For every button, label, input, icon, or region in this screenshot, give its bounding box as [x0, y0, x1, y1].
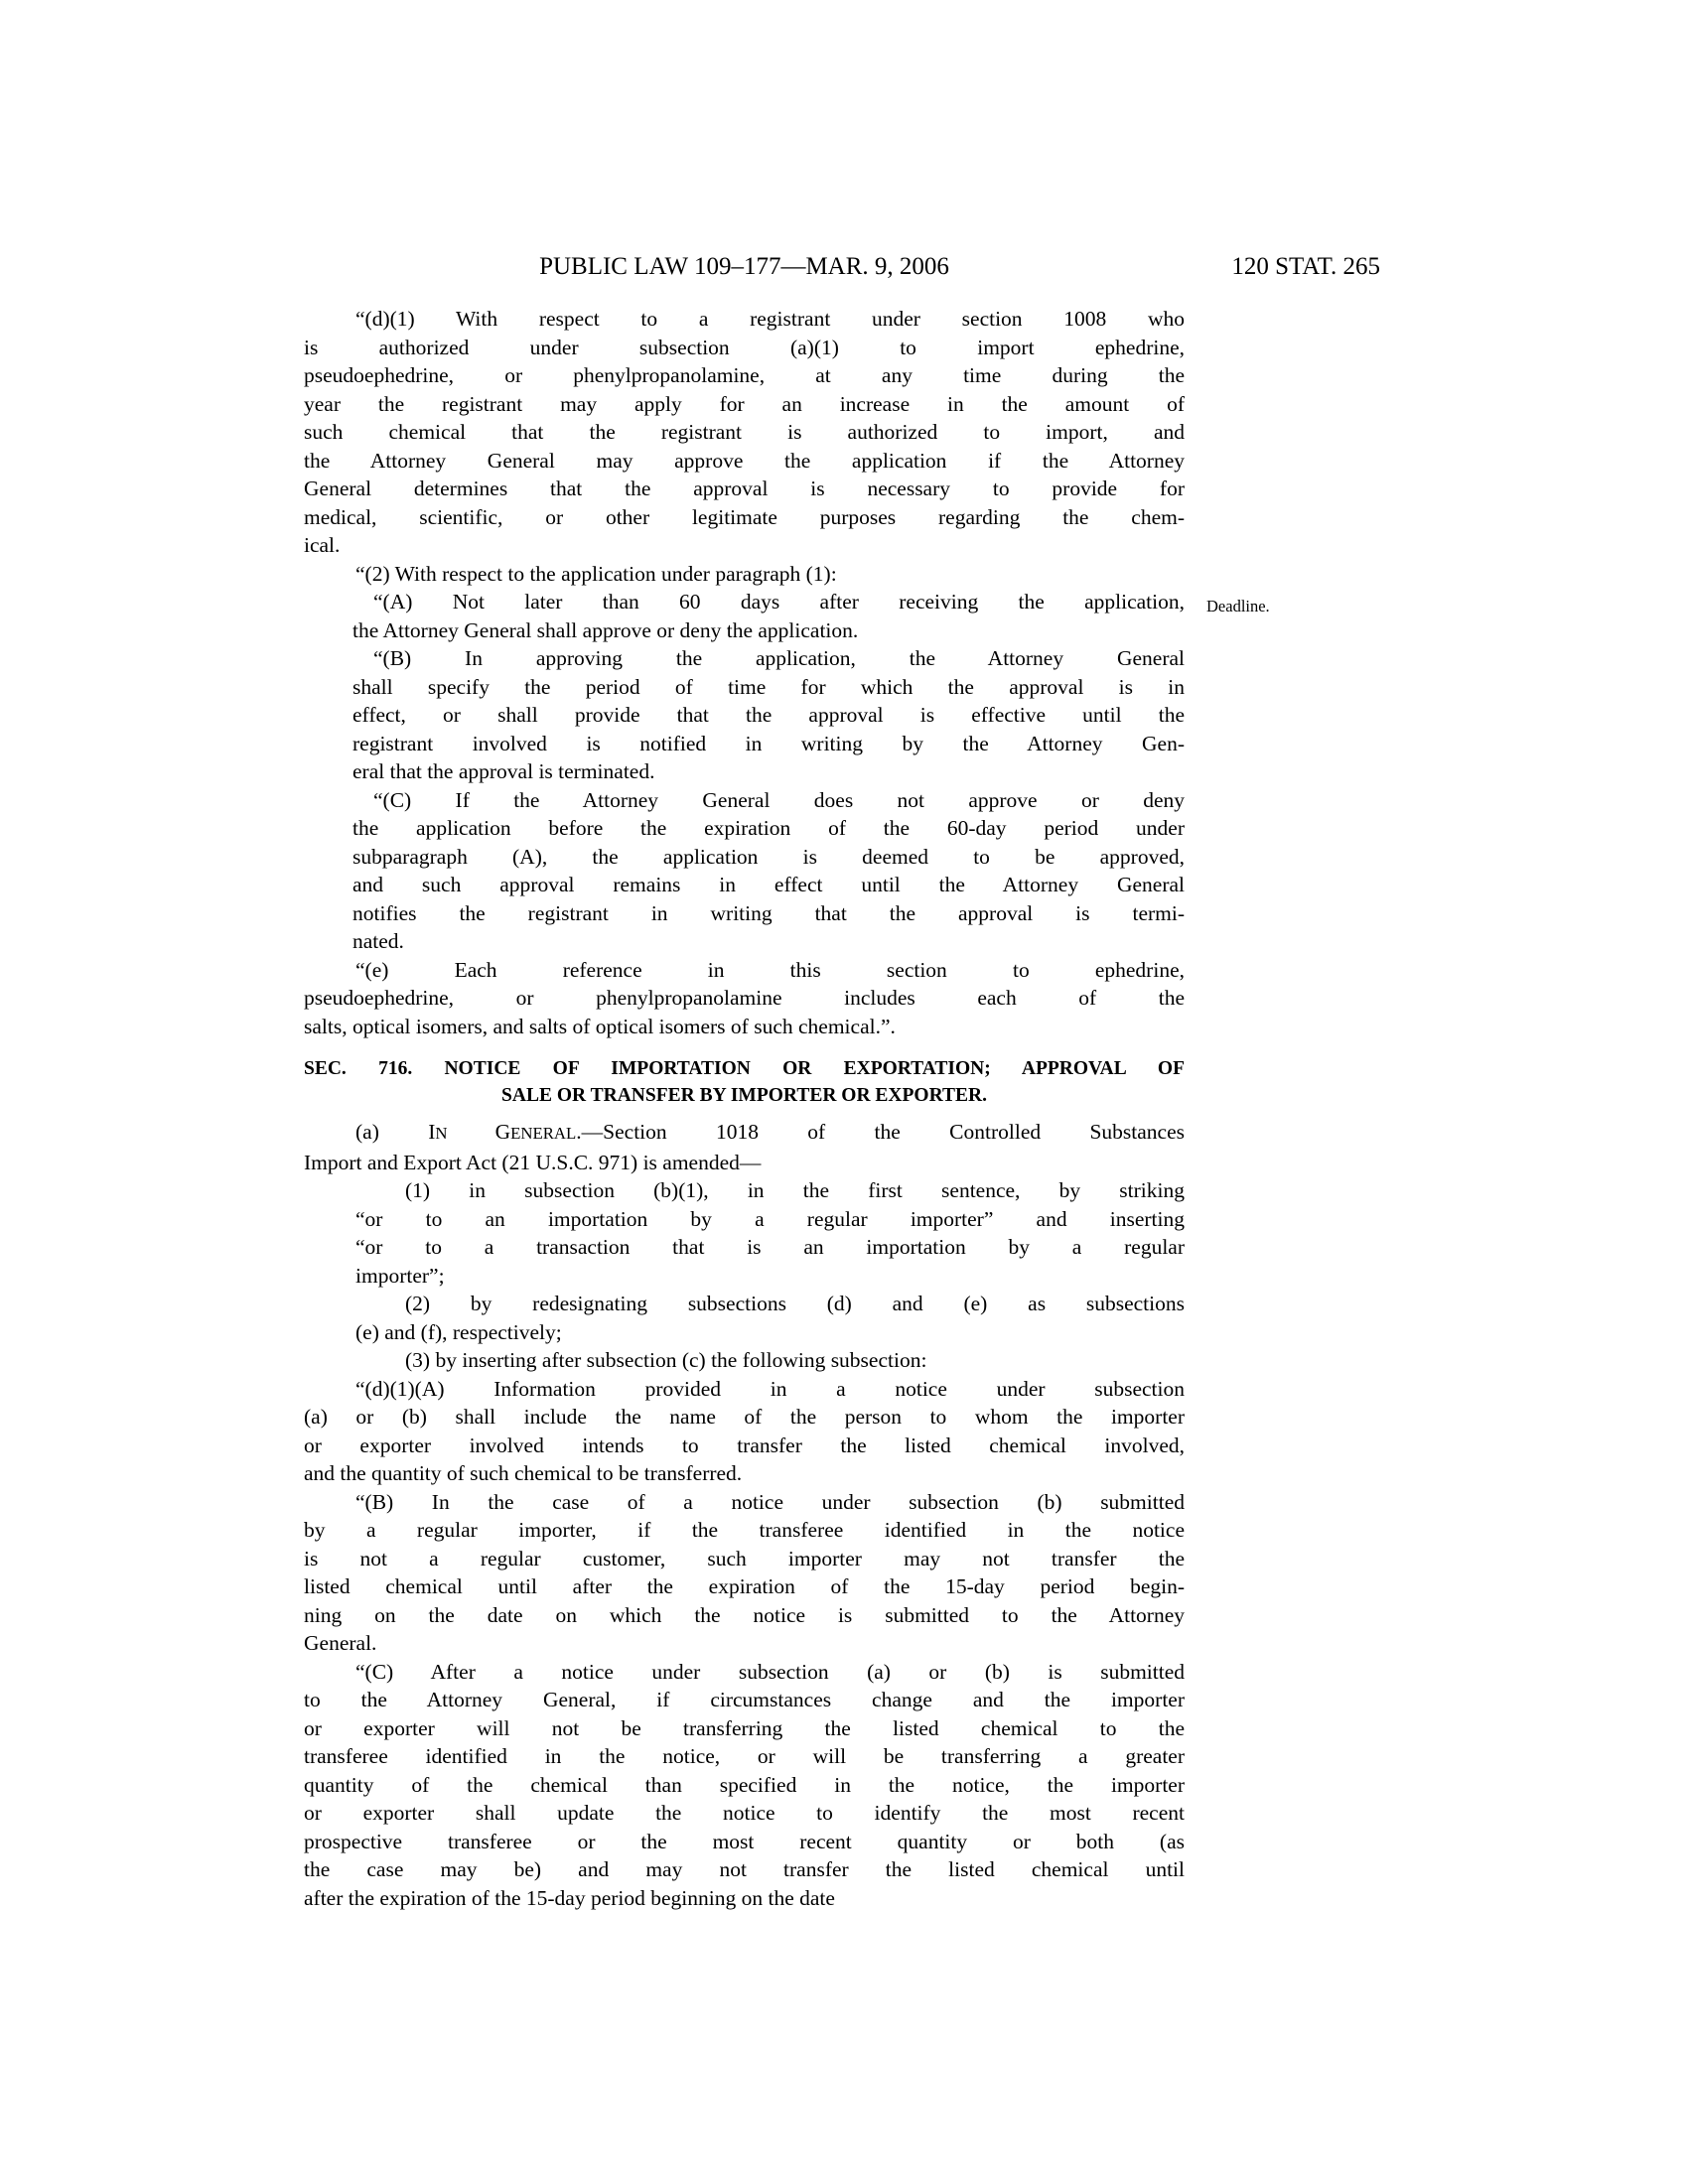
text-line: (a) IN GENERAL.—Section 1018 of the Cont…	[304, 1118, 1185, 1149]
text-line: or exporter will not be transferring the…	[304, 1714, 1185, 1743]
text-line: is authorized under subsection (a)(1) to…	[304, 334, 1185, 362]
text-line: (a) or (b) shall include the name of the…	[304, 1403, 1185, 1432]
text-line: nated.	[304, 927, 1185, 956]
text-segment: (a) I	[355, 1120, 435, 1144]
text-line: by a regular importer, if the transferee…	[304, 1516, 1185, 1545]
text-line: “(A) Not later than 60 days after receiv…	[304, 588, 1185, 616]
text-segment: .—Section 1018 of the Controlled Substan…	[576, 1120, 1185, 1144]
paragraph: (1) in subsection (b)(1), in the first s…	[304, 1176, 1185, 1290]
paragraph: (a) IN GENERAL.—Section 1018 of the Cont…	[304, 1118, 1185, 1176]
small-caps-text: N	[435, 1124, 494, 1143]
text-line: “(C) After a notice under subsection (a)…	[304, 1658, 1185, 1687]
paragraph: “(d)(1) With respect to a registrant und…	[304, 305, 1185, 560]
text-line: “(B) In approving the application, the A…	[304, 644, 1185, 673]
text-line: (2) by redesignating subsections (d) and…	[304, 1290, 1185, 1318]
text-line: (1) in subsection (b)(1), in the first s…	[304, 1176, 1185, 1205]
text-line: registrant involved is notified in writi…	[304, 730, 1185, 758]
paragraph: (3) by inserting after subsection (c) th…	[304, 1346, 1185, 1375]
text-line: such chemical that the registrant is aut…	[304, 418, 1185, 447]
text-line: medical, scientific, or other legitimate…	[304, 503, 1185, 532]
section-heading: SEC. 716. NOTICE OF IMPORTATION OR EXPOR…	[304, 1055, 1185, 1109]
document-body: “(d)(1) With respect to a registrant und…	[304, 305, 1185, 1912]
text-line: “(d)(1) With respect to a registrant und…	[304, 305, 1185, 334]
text-line: “(d)(1)(A) Information provided in a not…	[304, 1375, 1185, 1404]
law-title: PUBLIC LAW 109–177—MAR. 9, 2006	[304, 250, 1185, 284]
text-line: pseudoephedrine, or phenylpropanolamine,…	[304, 361, 1185, 390]
text-line: ical.	[304, 531, 1185, 560]
paragraph: “(d)(1)(A) Information provided in a not…	[304, 1375, 1185, 1488]
text-line: “(C) If the Attorney General does not ap…	[304, 786, 1185, 815]
text-line: (e) and (f), respectively;	[304, 1318, 1185, 1347]
text-line: General determines that the approval is …	[304, 475, 1185, 503]
paragraph: “(e) Each reference in this section to e…	[304, 956, 1185, 1041]
text-line: “or to a transaction that is an importat…	[304, 1233, 1185, 1262]
text-line: transferee identified in the notice, or …	[304, 1742, 1185, 1771]
text-line: General.	[304, 1629, 1185, 1658]
text-line: (3) by inserting after subsection (c) th…	[304, 1346, 1185, 1375]
text-line: or exporter involved intends to transfer…	[304, 1432, 1185, 1460]
paragraph: “(A) Not later than 60 days after receiv…	[304, 588, 1185, 644]
margin-note-deadline: Deadline.	[1206, 597, 1270, 616]
text-line: “(B) In the case of a notice under subse…	[304, 1488, 1185, 1517]
text-line: eral that the approval is terminated.	[304, 757, 1185, 786]
running-head: PUBLIC LAW 109–177—MAR. 9, 2006 120 STAT…	[0, 250, 1688, 284]
text-line: the Attorney General shall approve or de…	[304, 616, 1185, 645]
text-line: effect, or shall provide that the approv…	[304, 701, 1185, 730]
paragraph: “(2) With respect to the application und…	[304, 560, 1185, 589]
paragraph: “(B) In approving the application, the A…	[304, 644, 1185, 786]
text-segment: G	[495, 1120, 511, 1144]
text-line: is not a regular customer, such importer…	[304, 1545, 1185, 1573]
stat-page-number: 120 STAT. 265	[1231, 250, 1380, 284]
page: { "page": { "header": { "law_title": "PU…	[0, 0, 1688, 2184]
text-line: and the quantity of such chemical to be …	[304, 1459, 1185, 1488]
paragraph: “(C) After a notice under subsection (a)…	[304, 1658, 1185, 1913]
text-line: the application before the expiration of…	[304, 814, 1185, 843]
paragraph: “(B) In the case of a notice under subse…	[304, 1488, 1185, 1658]
text-line: to the Attorney General, if circumstance…	[304, 1686, 1185, 1714]
text-line: the Attorney General may approve the app…	[304, 447, 1185, 476]
text-line: or exporter shall update the notice to i…	[304, 1799, 1185, 1828]
text-line: quantity of the chemical than specified …	[304, 1771, 1185, 1800]
text-line: SEC. 716. NOTICE OF IMPORTATION OR EXPOR…	[304, 1055, 1185, 1082]
text-line: “or to an importation by a regular impor…	[304, 1205, 1185, 1234]
text-line: “(e) Each reference in this section to e…	[304, 956, 1185, 985]
text-line: ning on the date on which the notice is …	[304, 1601, 1185, 1630]
text-line: year the registrant may apply for an inc…	[304, 390, 1185, 419]
text-line: SALE OR TRANSFER BY IMPORTER OR EXPORTER…	[304, 1082, 1185, 1109]
text-line: subparagraph (A), the application is dee…	[304, 843, 1185, 872]
text-line: listed chemical until after the expirati…	[304, 1572, 1185, 1601]
text-line: pseudoephedrine, or phenylpropanolamine …	[304, 984, 1185, 1013]
small-caps-text: ENERAL	[510, 1124, 576, 1143]
text-line: salts, optical isomers, and salts of opt…	[304, 1013, 1185, 1041]
text-line: and such approval remains in effect unti…	[304, 871, 1185, 899]
paragraph: “(C) If the Attorney General does not ap…	[304, 786, 1185, 956]
text-line: Import and Export Act (21 U.S.C. 971) is…	[304, 1149, 1185, 1177]
text-line: notifies the registrant in writing that …	[304, 899, 1185, 928]
text-line: “(2) With respect to the application und…	[304, 560, 1185, 589]
paragraph: (2) by redesignating subsections (d) and…	[304, 1290, 1185, 1346]
text-line: prospective transferee or the most recen…	[304, 1828, 1185, 1856]
text-line: the case may be) and may not transfer th…	[304, 1855, 1185, 1884]
text-line: shall specify the period of time for whi…	[304, 673, 1185, 702]
text-line: importer”;	[304, 1262, 1185, 1291]
text-line: after the expiration of the 15-day perio…	[304, 1884, 1185, 1913]
